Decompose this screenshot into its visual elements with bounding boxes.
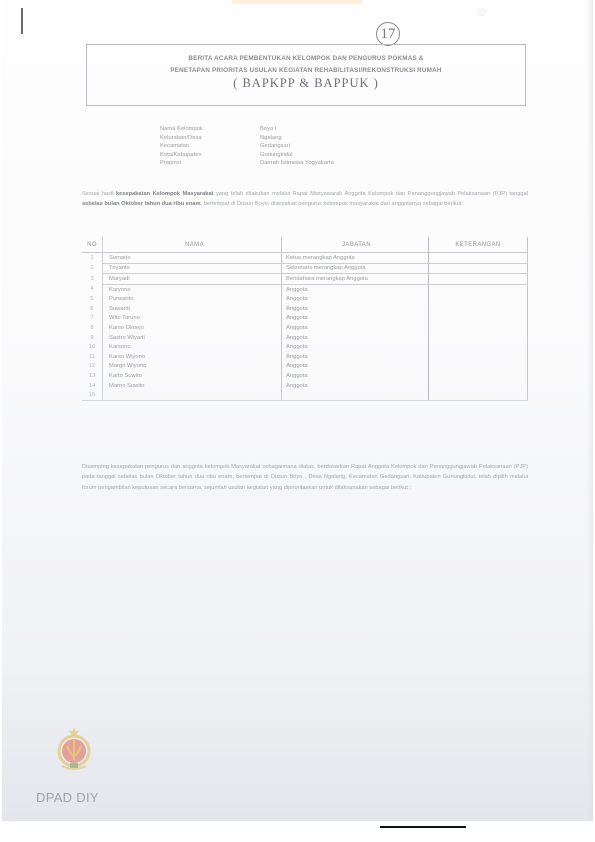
group-identity: Nama Kelompok Boyo I Kelurahan/Desa Ngal… bbox=[160, 126, 334, 169]
identity-row: Nama Kelompok Boyo I bbox=[160, 126, 334, 135]
intro-bold-agreement: kesepakatan Kelompok Masyarakat bbox=[116, 191, 214, 197]
row-number: 14 bbox=[82, 381, 103, 391]
identity-value: Boyo I bbox=[260, 126, 276, 135]
row-jabatan: Ketua merangkap Anggota bbox=[282, 253, 429, 264]
identity-value: Daerah Istimewa Yogyakarta bbox=[260, 160, 334, 169]
row-jabatan: Anggota bbox=[282, 352, 429, 362]
row-nama: Suwardi bbox=[103, 304, 282, 314]
identity-row: Kota/Kabupaten Gunungkidul bbox=[160, 152, 334, 161]
footer-brand: DPAD DIY bbox=[36, 790, 99, 805]
row-number: 10 bbox=[82, 342, 103, 352]
row-jabatan: Anggota bbox=[282, 342, 429, 352]
row-number: 2 bbox=[82, 263, 103, 274]
row-keterangan bbox=[429, 274, 528, 285]
scanned-page: 17 ♡ BERITA ACARA PEMBENTUKAN KELOMPOK D… bbox=[2, 0, 593, 821]
row-nama: Sumarjo bbox=[103, 253, 282, 264]
row-keterangan bbox=[429, 304, 528, 314]
intro-bold-date: sebelas bulan Oktober tahun dua ribu ena… bbox=[82, 201, 201, 207]
row-jabatan: Anggota bbox=[282, 362, 429, 372]
row-nama: Margo Wiyono bbox=[103, 362, 282, 372]
row-keterangan bbox=[429, 253, 528, 264]
table-row: 11Karso WiyonoAnggota bbox=[82, 352, 528, 362]
table-row: 3MaryadiBendahara merangkap Anggota bbox=[82, 274, 528, 285]
closing-paragraph: Disamping kesepakatan pengurus dan anggo… bbox=[82, 462, 528, 493]
row-keterangan bbox=[429, 342, 528, 352]
title-line-1: BERITA ACARA PEMBENTUKAN KELOMPOK DAN PE… bbox=[87, 55, 525, 62]
intro-text: Sesuai hasil bbox=[82, 191, 116, 197]
row-nama: Karyono bbox=[103, 284, 282, 294]
bottom-rule bbox=[380, 826, 466, 828]
row-nama: Karso Wiyono bbox=[103, 352, 282, 362]
row-number: 12 bbox=[82, 362, 103, 372]
row-jabatan: Anggota bbox=[282, 284, 429, 294]
row-jabatan: Sekretaris merangkap Anggota bbox=[282, 263, 429, 274]
row-keterangan bbox=[429, 284, 528, 294]
row-nama: Maryadi bbox=[103, 274, 282, 285]
row-jabatan bbox=[282, 390, 429, 400]
intro-paragraph: Sesuai hasil kesepakatan Kelompok Masyar… bbox=[82, 190, 528, 209]
row-keterangan bbox=[429, 333, 528, 343]
row-nama: Karto Suwito bbox=[103, 371, 282, 381]
row-number: 13 bbox=[82, 371, 103, 381]
table-row: 6SuwardiAnggota bbox=[82, 304, 528, 314]
table-row: 9Sastro WiyadiAnggota bbox=[82, 333, 528, 343]
tape-strip bbox=[232, 0, 362, 4]
table-row: 8Karso DimejoAnggota bbox=[82, 323, 528, 333]
row-keterangan bbox=[429, 263, 528, 274]
table-row: 1SumarjoKetua merangkap Anggota bbox=[82, 253, 528, 264]
identity-label: Kecamatan bbox=[160, 143, 260, 152]
row-nama: Wito Taruno bbox=[103, 314, 282, 324]
row-keterangan bbox=[429, 371, 528, 381]
identity-value: Ngalang bbox=[260, 135, 282, 144]
margin-mark bbox=[21, 8, 23, 34]
row-keterangan bbox=[429, 323, 528, 333]
row-jabatan: Anggota bbox=[282, 323, 429, 333]
row-number: 9 bbox=[82, 333, 103, 343]
row-number: 3 bbox=[82, 274, 103, 285]
row-keterangan bbox=[429, 381, 528, 391]
table-row: 14Marno SuwitoAnggota bbox=[82, 381, 528, 391]
row-jabatan: Anggota bbox=[282, 314, 429, 324]
identity-value: Gedangsari bbox=[260, 143, 290, 152]
row-nama: Marno Suwito bbox=[103, 381, 282, 391]
page-number: 17 bbox=[376, 22, 400, 46]
table-row: 5PurwantoAnggota bbox=[82, 294, 528, 304]
header-nama: NAMA bbox=[103, 237, 282, 253]
row-nama: Karsono bbox=[103, 342, 282, 352]
row-number: 4 bbox=[82, 284, 103, 294]
intro-text: , bertempat di Dusun Boyo, disepakati pe… bbox=[201, 201, 465, 207]
header-jabatan: JABATAN bbox=[282, 237, 429, 253]
header-keterangan: KETERANGAN bbox=[429, 237, 528, 253]
identity-label: Kota/Kabupaten bbox=[160, 152, 260, 161]
member-table: NO NAMA JABATAN KETERANGAN 1SumarjoKetua… bbox=[82, 237, 528, 401]
identity-label: Propinsi bbox=[160, 160, 260, 169]
row-jabatan: Anggota bbox=[282, 304, 429, 314]
document-title: ( BAPKPP & BAPPUK ) bbox=[87, 76, 525, 91]
table-row: 13Karto SuwitoAnggota bbox=[82, 371, 528, 381]
row-number: 7 bbox=[82, 314, 103, 324]
row-nama: Karso Dimejo bbox=[103, 323, 282, 333]
identity-row: Propinsi Daerah Istimewa Yogyakarta bbox=[160, 160, 334, 169]
row-number: 1 bbox=[82, 253, 103, 264]
row-nama: Triyanto bbox=[103, 263, 282, 274]
row-keterangan bbox=[429, 314, 528, 324]
table-row: 15 bbox=[82, 390, 528, 400]
identity-label: Nama Kelompok bbox=[160, 126, 260, 135]
row-nama bbox=[103, 390, 282, 400]
row-jabatan: Anggota bbox=[282, 333, 429, 343]
row-keterangan bbox=[429, 294, 528, 304]
member-rows: 1SumarjoKetua merangkap Anggota2Triyanto… bbox=[82, 253, 528, 401]
row-nama: Purwanto bbox=[103, 294, 282, 304]
row-keterangan bbox=[429, 362, 528, 372]
row-keterangan bbox=[429, 390, 528, 400]
row-jabatan: Anggota bbox=[282, 294, 429, 304]
row-number: 8 bbox=[82, 323, 103, 333]
header-no: NO bbox=[82, 237, 103, 253]
corner-mark: ♡ bbox=[477, 8, 486, 19]
table-row: 7Wito TarunoAnggota bbox=[82, 314, 528, 324]
row-number: 6 bbox=[82, 304, 103, 314]
dpad-emblem-icon bbox=[54, 726, 94, 774]
row-keterangan bbox=[429, 352, 528, 362]
row-jabatan: Bendahara merangkap Anggota bbox=[282, 274, 429, 285]
table-row: 12Margo WiyonoAnggota bbox=[82, 362, 528, 372]
table-row: 2TriyantoSekretaris merangkap Anggota bbox=[82, 263, 528, 274]
row-number: 5 bbox=[82, 294, 103, 304]
identity-row: Kelurahan/Desa Ngalang bbox=[160, 135, 334, 144]
intro-text: yang telah dilakukan melalui Rapat Musya… bbox=[214, 191, 529, 197]
row-nama: Sastro Wiyadi bbox=[103, 333, 282, 343]
title-line-2: PENETAPAN PRIORITAS USULAN KEGIATAN REHA… bbox=[87, 67, 525, 74]
row-jabatan: Anggota bbox=[282, 381, 429, 391]
identity-value: Gunungkidul bbox=[260, 152, 293, 161]
identity-row: Kecamatan Gedangsari bbox=[160, 143, 334, 152]
row-number: 11 bbox=[82, 352, 103, 362]
row-jabatan: Anggota bbox=[282, 371, 429, 381]
row-number: 15 bbox=[82, 390, 103, 400]
table-row: 10KarsonoAnggota bbox=[82, 342, 528, 352]
title-box: BERITA ACARA PEMBENTUKAN KELOMPOK DAN PE… bbox=[86, 44, 526, 106]
table-row: 4KaryonoAnggota bbox=[82, 284, 528, 294]
table-header-row: NO NAMA JABATAN KETERANGAN bbox=[82, 237, 528, 253]
identity-label: Kelurahan/Desa bbox=[160, 135, 260, 144]
